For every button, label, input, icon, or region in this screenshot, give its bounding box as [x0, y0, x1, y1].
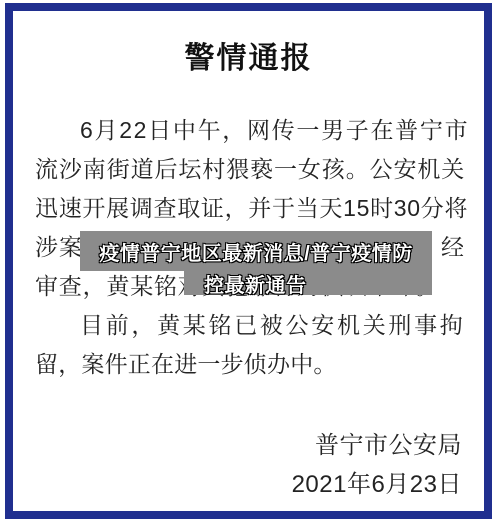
signature-authority: 普宁市公安局: [13, 426, 462, 465]
notice-body-line: 6月22日中午，网传一男子在普宁市: [35, 109, 465, 148]
signature-date: 2021年6月23日: [13, 465, 462, 504]
page: { "colors": { "frame": "#202f8f", "paper…: [0, 0, 500, 529]
signature-block: 普宁市公安局 2021年6月23日: [13, 426, 484, 504]
watermark-banner: 疫情普宁地区最新消息/普宁疫情防 控最新通告: [80, 231, 432, 295]
notice-body-line: 目前，黄某铭已被公安机关刑事拘: [35, 304, 465, 343]
notice-body-line: 迅速开展调查取证，并于当天15时30分将: [35, 187, 465, 226]
notice-body-line: 留，案件正在进一步侦办中。: [35, 343, 465, 382]
watermark-line-2: 控最新通告: [184, 271, 432, 295]
notice-title: 警情通报: [13, 39, 484, 79]
obscured-line-left-fragment: 涉案: [35, 229, 83, 262]
notice-body-line: 流沙南街道后坛村猥亵一女孩。公安机关: [35, 148, 465, 187]
watermark-line-1: 疫情普宁地区最新消息/普宁疫情防: [80, 231, 432, 271]
